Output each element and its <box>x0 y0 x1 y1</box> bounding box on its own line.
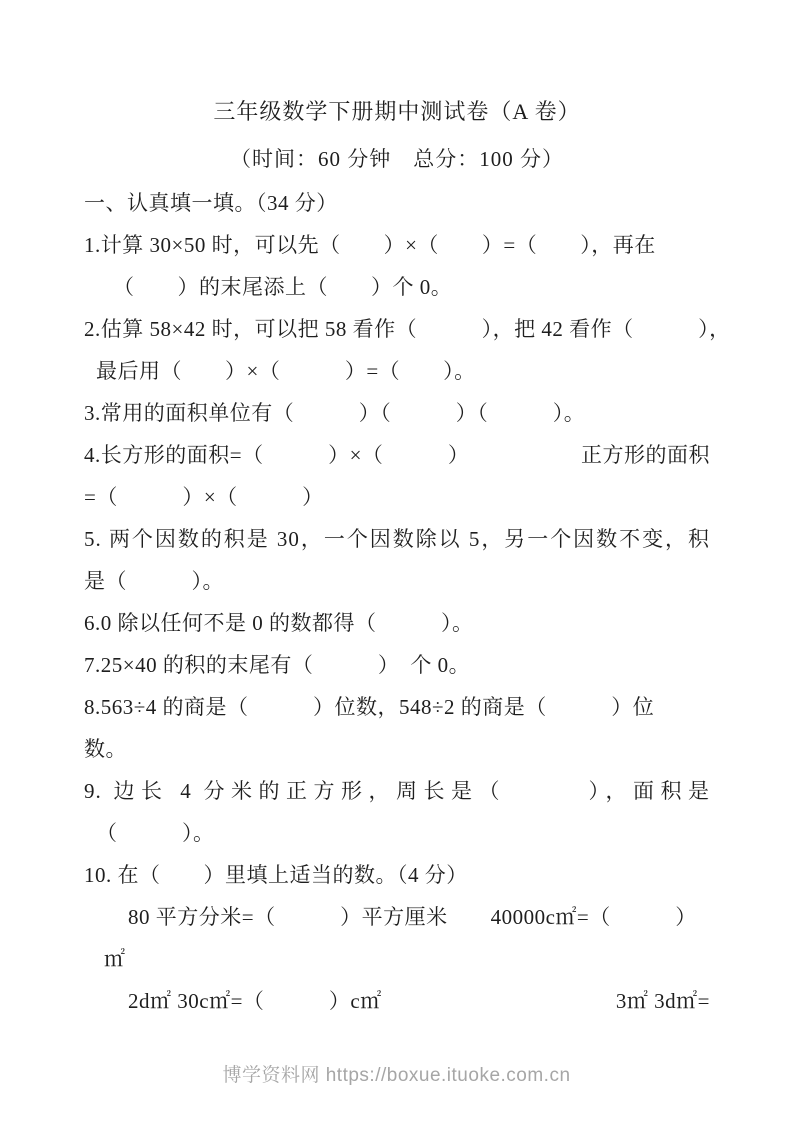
question-1-line-1: 1.计算 30×50 时，可以先（ ）×（ ）=（ ），再在 <box>84 224 710 266</box>
question-4-line-1-left: 4.长方形的面积=（ ）×（ ） <box>84 434 469 476</box>
question-5-line-2: 是（ ）。 <box>84 560 710 602</box>
question-10-line-3: ㎡ <box>84 938 710 980</box>
question-3-line-1: 3.常用的面积单位有（ ）（ ）（ ）。 <box>84 392 710 434</box>
question-2-line-2: 最后用（ ）×（ ）=（ ）。 <box>84 350 710 392</box>
section-heading: 一、认真填一填。（34 分） <box>84 182 710 224</box>
question-9-line-2: （ ）。 <box>84 812 710 854</box>
question-10-line-4: 2d㎡ 30c㎡=（ ）c㎡ 3㎡ 3d㎡= <box>84 980 710 1022</box>
question-6-line-1: 6.0 除以任何不是 0 的数都得（ ）。 <box>84 602 710 644</box>
footer-watermark: 博学资料网 https://boxue.ituoke.com.cn <box>0 1060 793 1087</box>
document-content: 三年级数学下册期中测试卷（A 卷） （时间：60 分钟 总分：100 分） 一、… <box>84 88 710 1022</box>
question-8-line-2: 数。 <box>84 728 710 770</box>
question-1-line-2: （ ）的末尾添上（ ）个 0。 <box>84 266 710 308</box>
question-4-line-1: 4.长方形的面积=（ ）×（ ） 正方形的面积 <box>84 434 710 476</box>
question-8-line-1: 8.563÷4 的商是（ ）位数，548÷2 的商是（ ）位 <box>84 686 710 728</box>
question-2-line-1: 2.估算 58×42 时，可以把 58 看作（ ），把 42 看作（ ）， <box>84 308 710 350</box>
question-10-line-1: 10. 在（ ）里填上适当的数。（4 分） <box>84 854 710 896</box>
question-4-line-2: =（ ）×（ ） <box>84 476 710 518</box>
question-5-line-1: 5. 两个因数的积是 30，一个因数除以 5，另一个因数不变，积 <box>84 518 710 560</box>
question-10-line-2: 80 平方分米=（ ）平方厘米 40000c㎡=（ ） <box>84 896 710 938</box>
question-10-line-4-left: 2d㎡ 30c㎡=（ ）c㎡ <box>128 980 382 1022</box>
question-7-line-1: 7.25×40 的积的末尾有（ ） 个 0。 <box>84 644 710 686</box>
document-subtitle: （时间：60 分钟 总分：100 分） <box>84 136 710 182</box>
document-title: 三年级数学下册期中测试卷（A 卷） <box>84 88 710 136</box>
question-4-line-1-right: 正方形的面积 <box>581 434 710 476</box>
document-page: 三年级数学下册期中测试卷（A 卷） （时间：60 分钟 总分：100 分） 一、… <box>0 0 793 1122</box>
question-9-line-1: 9. 边长 4 分米的正方形，周长是（ ），面积是 <box>84 770 710 812</box>
question-10-line-4-right: 3㎡ 3d㎡= <box>616 980 710 1022</box>
